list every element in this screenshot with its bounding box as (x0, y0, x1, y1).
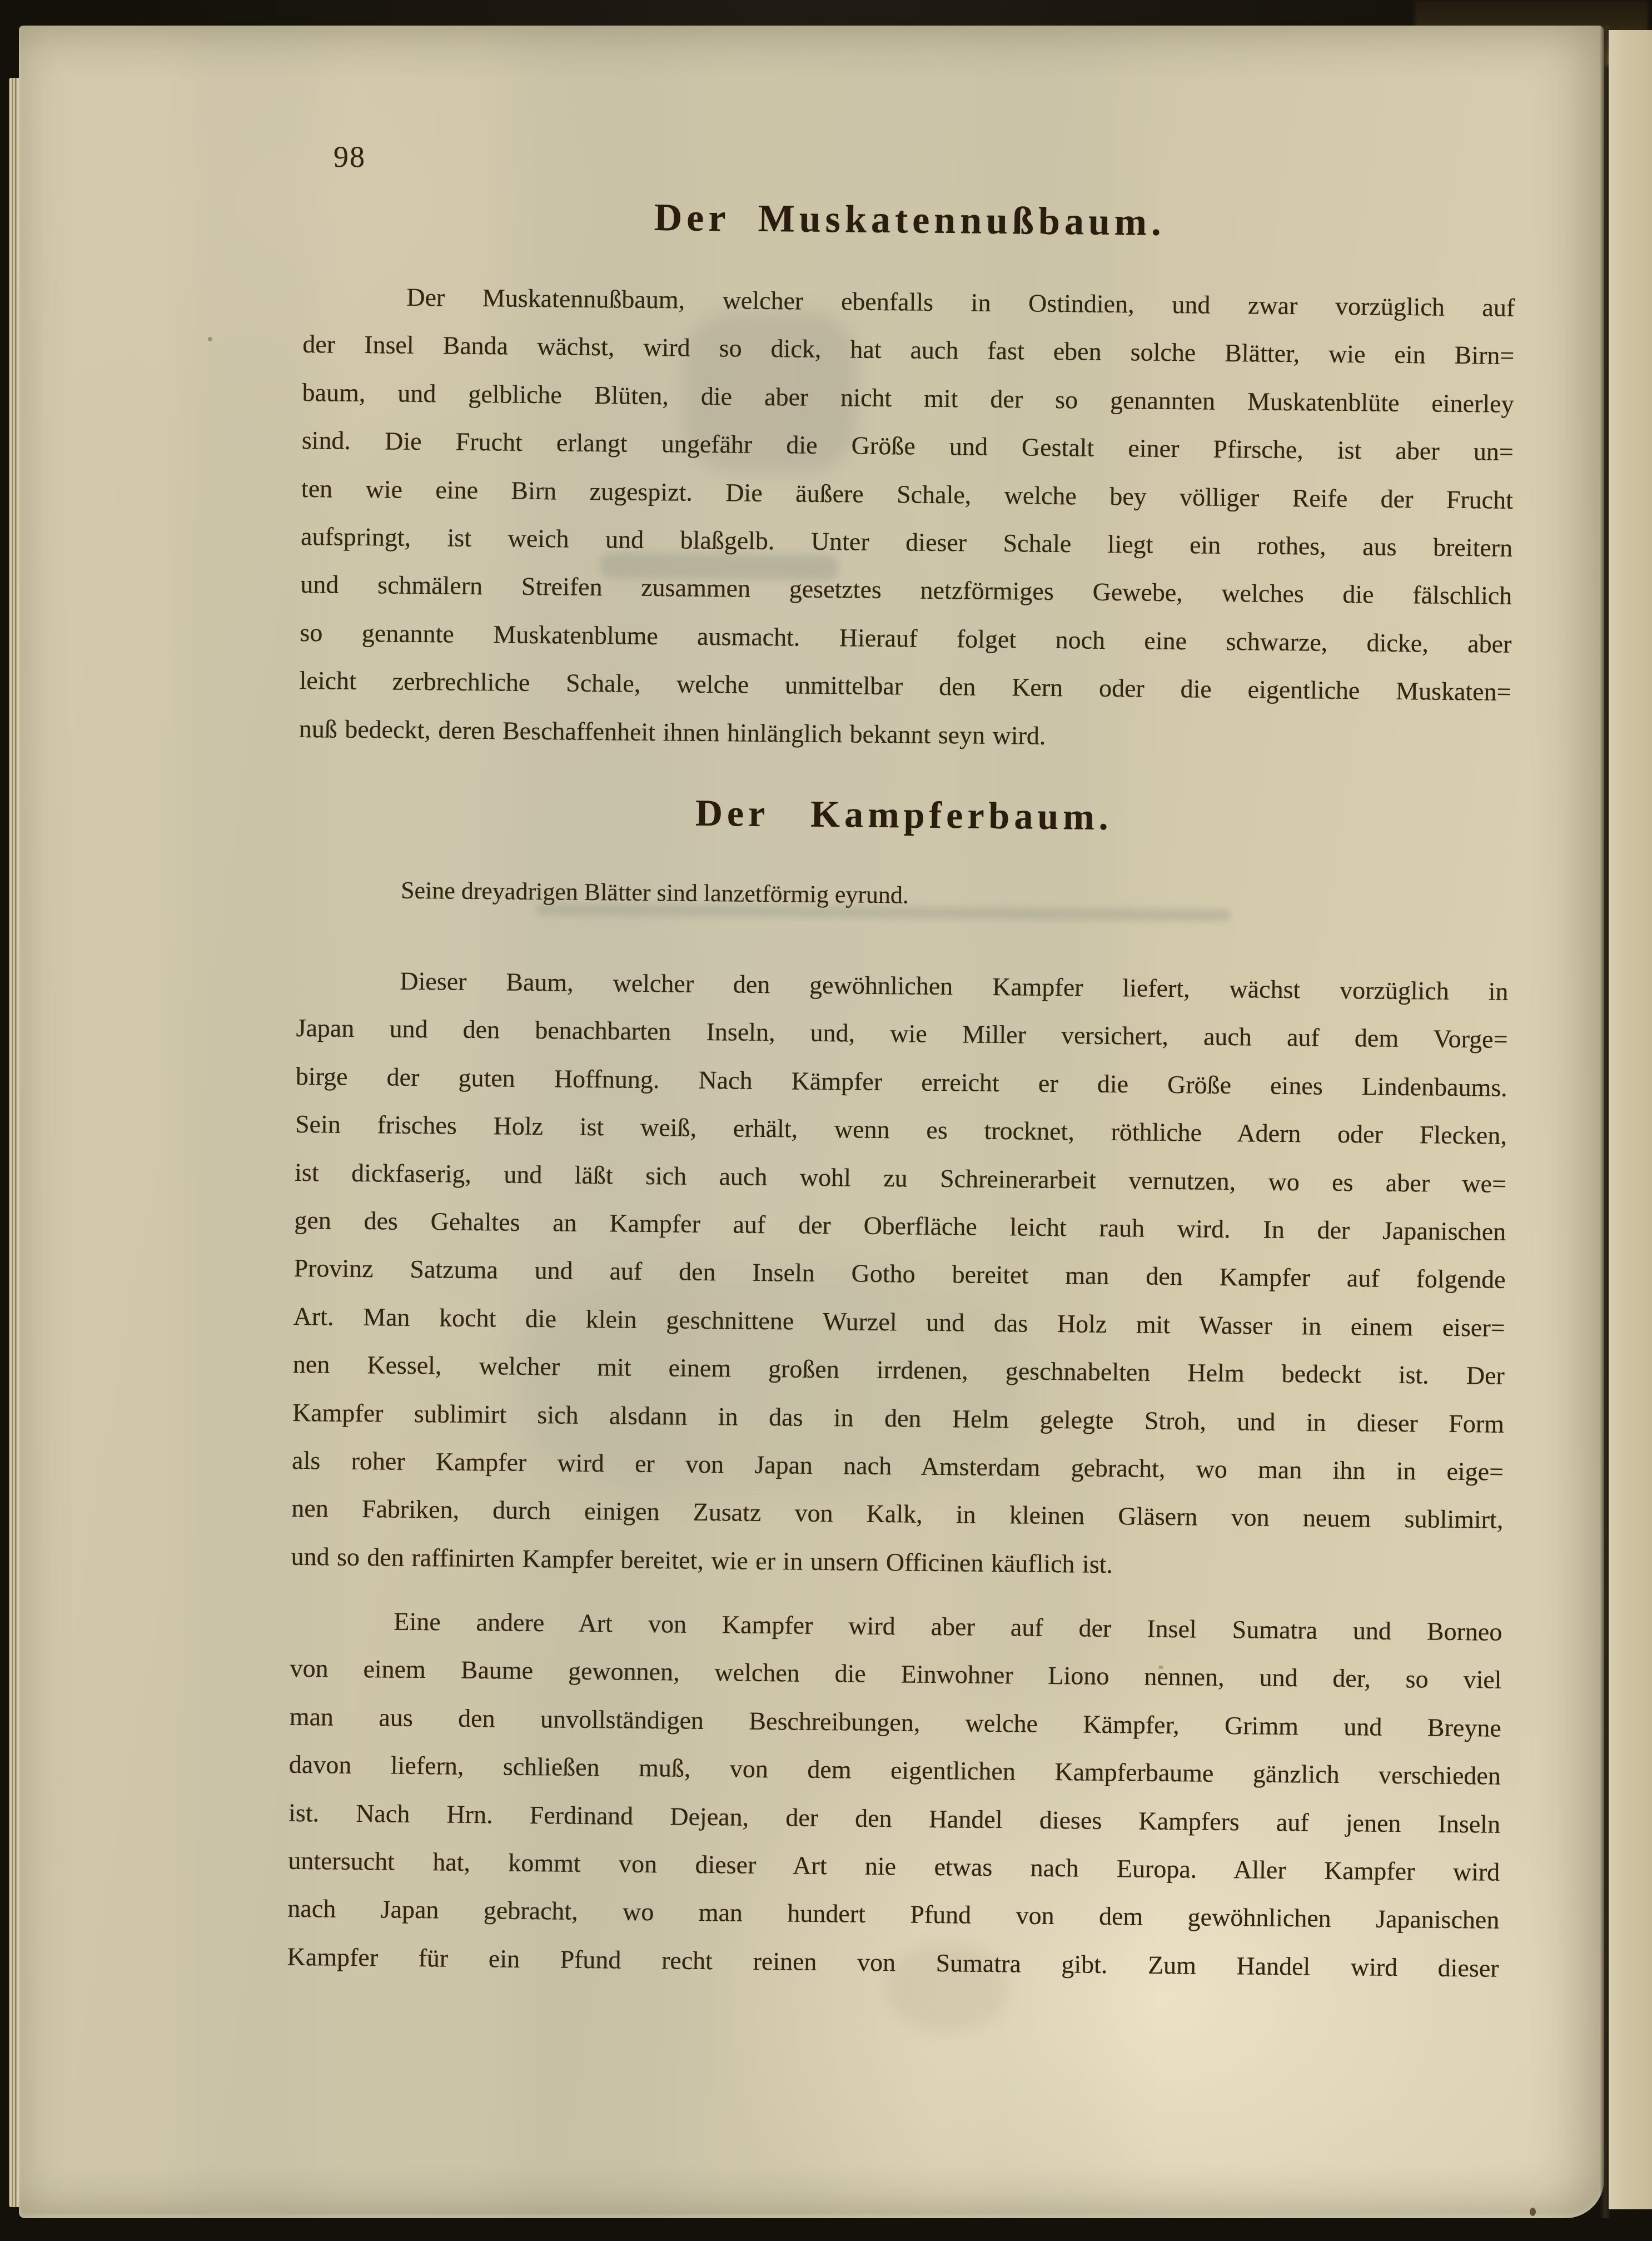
stain (1530, 2208, 1536, 2216)
paragraph: Der Muskatennußbaum, welcher ebenfalls i… (298, 272, 1515, 764)
page-text-block: Der Muskatennußbaum. Der Muskatennußbaum… (285, 26, 1517, 2205)
paragraph: Dieser Baum, welcher den gewöhnlichen Ka… (291, 956, 1509, 1592)
stain (208, 337, 212, 341)
book-page: 98 Der Muskatennußbaum. Der Muskatennußb… (19, 26, 1604, 2218)
chapter-heading-kampferbaum: Der Kampferbaum. (298, 788, 1510, 841)
adjacent-page-edge (1609, 30, 1652, 2209)
botanical-description-line: Seine dreyadrigen Blätter sind lanzetför… (297, 866, 1510, 925)
paragraph: Eine andere Art von Kampfer wird aber au… (287, 1597, 1502, 1992)
chapter-heading-muskatennussbaum: Der Muskatennußbaum. (303, 193, 1516, 247)
